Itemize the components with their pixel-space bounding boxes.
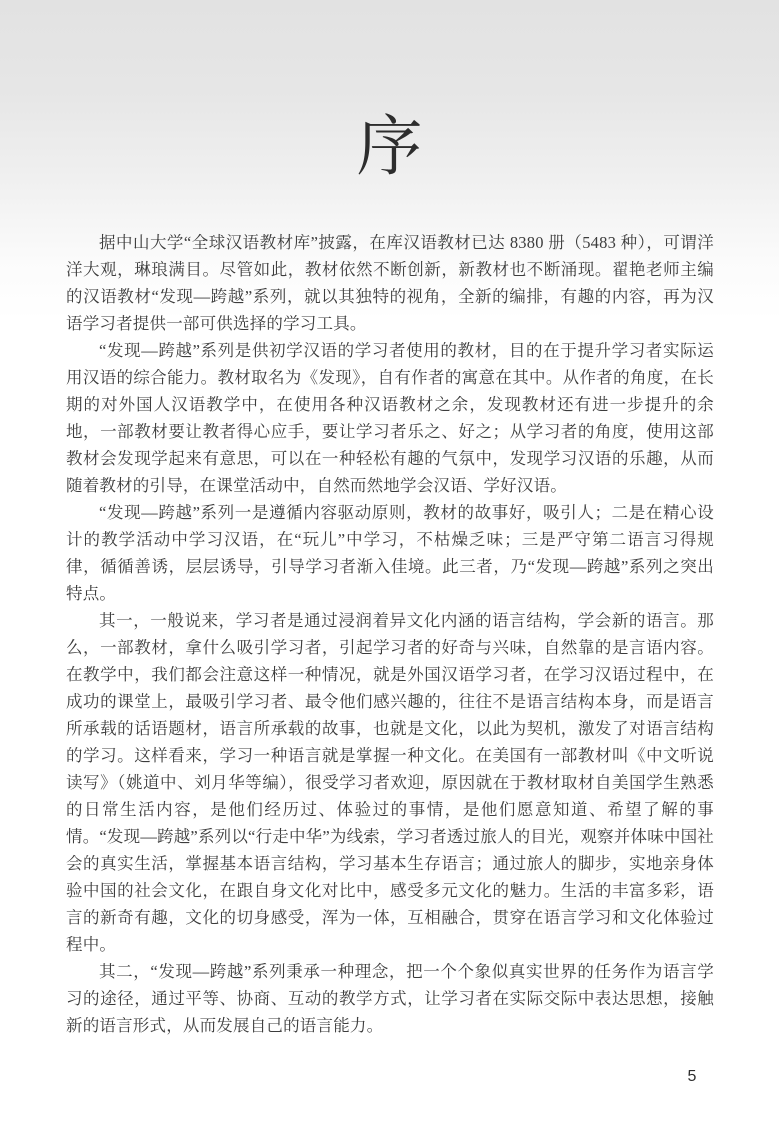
page-number: 5 xyxy=(676,1067,708,1087)
preface-title: 序 xyxy=(0,98,779,198)
preface-paragraph: “发现—跨越”系列是供初学汉语的学习者使用的教材，目的在于提升学习者实际运用汉语… xyxy=(66,337,714,499)
preface-paragraph: “发现—跨越”系列一是遵循内容驱动原则，教材的故事好，吸引人；二是在精心设计的教… xyxy=(66,499,714,607)
preface-paragraph: 其二，“发现—跨越”系列秉承一种理念，把一个个象似真实世界的任务作为语言学习的途… xyxy=(66,958,714,1039)
scanned-book-page: 序 据中山大学“全球汉语教材库”披露，在库汉语教材已达 8380 册（5483 … xyxy=(0,0,779,1130)
preface-paragraph: 据中山大学“全球汉语教材库”披露，在库汉语教材已达 8380 册（5483 种）… xyxy=(66,229,714,337)
preface-body: 据中山大学“全球汉语教材库”披露，在库汉语教材已达 8380 册（5483 种）… xyxy=(66,229,714,1039)
preface-paragraph: 其一，一般说来，学习者是通过浸润着异文化内涵的语言结构，学会新的语言。那么，一部… xyxy=(66,607,714,958)
